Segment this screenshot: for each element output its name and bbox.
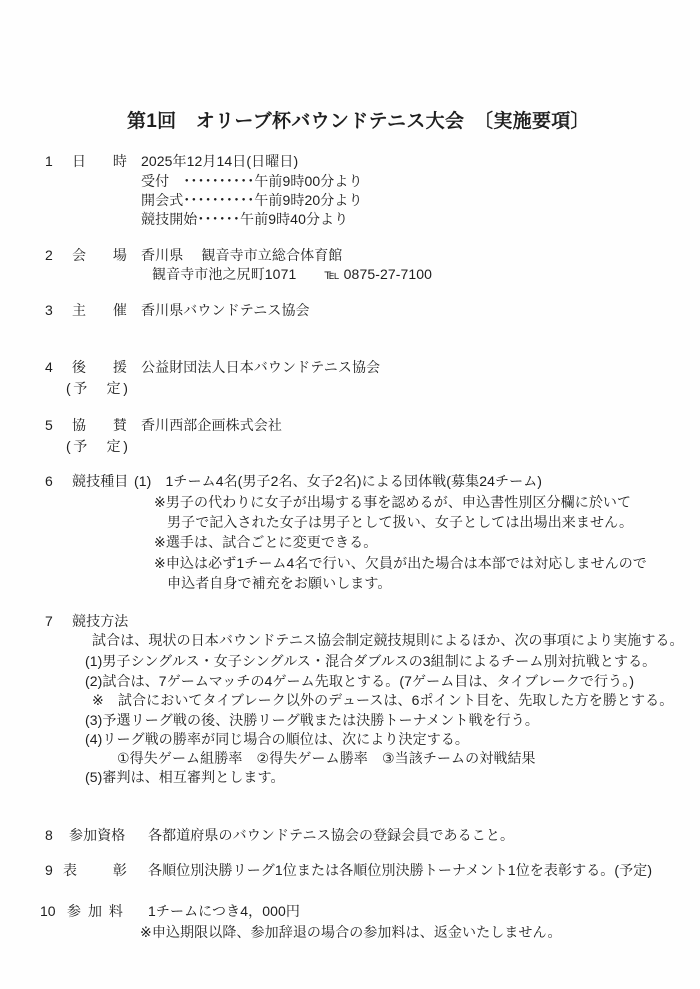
item-line: 男子で記入された女子は男子として扱い、女子としては出場出来ません。 — [167, 515, 633, 530]
item-label: 参加資格 — [69, 828, 125, 843]
document-title: 第1回 オリーブ杯バウンドテニス大会 〔実施要項〕 — [127, 111, 590, 133]
item-line: (3)予選リーグ戦の後、決勝リーグ戦または決勝トーナメント戦を行う。 — [85, 713, 539, 728]
document-page: 第1回 オリーブ杯バウンドテニス大会 〔実施要項〕 1 日 時 2025年12月… — [0, 0, 700, 989]
item-label: 競技種目 — [72, 474, 128, 489]
item-line: 1チームにつき4，000円 — [148, 904, 300, 919]
item-line: ※男子の代わりに女子が出場する事を認めるが、申込書性別区分欄に於いて — [154, 495, 631, 510]
item-line: 受付 ･･････････午前9時00分より — [141, 174, 363, 189]
item-line: 香川県バウンドテニス協会 — [141, 303, 310, 318]
item-label: 日 時 — [72, 154, 127, 169]
item-number: 8 — [45, 828, 53, 843]
item-line: ①得失ゲーム組勝率 ②得失ゲーム勝率 ③当該チームの対戦結果 — [117, 751, 536, 766]
item-label: 会 場 — [72, 248, 127, 263]
item-line: 申込者自身で補充をお願いします。 — [167, 576, 391, 591]
item-label: 表 彰 — [63, 863, 127, 878]
item-label: 後 援 — [72, 360, 127, 375]
item-number: 5 — [45, 418, 53, 433]
item-number: 3 — [45, 303, 53, 318]
item-label: 参 加 料 — [67, 904, 123, 919]
item-line: 競技開始･･････午前9時40分より — [141, 212, 348, 227]
item-line: (5)審判は、相互審判とします。 — [85, 770, 285, 785]
item-label: 競技方法 — [72, 614, 128, 629]
item-line: 香川県 観音寺市立総合体育館 — [141, 248, 342, 263]
item-number: 7 — [45, 614, 53, 629]
item-label-note: (予 定) — [66, 439, 128, 454]
item-line: 各順位別決勝リーグ1位または各順位別決勝トーナメント1位を表彰する。(予定) — [148, 863, 652, 878]
item-label: 主 催 — [72, 303, 127, 318]
item-line: 試合は、現状の日本バウンドテニス協会制定競技規則によるほか、次の事項により実施す… — [92, 633, 684, 648]
item-label-note: (予 定) — [66, 381, 128, 396]
item-number: 9 — [45, 863, 53, 878]
item-line: 公益財団法人日本バウンドテニス協会 — [141, 360, 380, 375]
item-line: ※選手は、試合ごとに変更できる。 — [154, 535, 377, 550]
item-number: 10 — [40, 904, 56, 919]
item-line: 香川西部企画株式会社 — [141, 418, 282, 433]
item-line: (1)男子シングルス・女子シングルス・混合ダブルスの3組制によるチーム別対抗戦と… — [85, 654, 656, 669]
item-line: (4)リーグ戦の勝率が同じ場合の順位は、次により決定する。 — [85, 732, 469, 747]
item-number: 1 — [45, 154, 53, 169]
item-label: 協 賛 — [72, 418, 127, 433]
item-line: 観音寺市池之尻町1071 ℡ 0875-27-7100 — [152, 267, 432, 282]
item-line: ※申込期限以降、参加辞退の場合の参加料は、返金いたしません。 — [140, 925, 562, 940]
item-line: (1) 1チーム4名(男子2名、女子2名)による団体戦(募集24チーム) — [134, 474, 542, 489]
item-line: 2025年12月14日(日曜日) — [141, 154, 298, 169]
item-line: 開会式･･････････午前9時20分より — [141, 193, 363, 208]
item-line: ※申込は必ず1チーム4名で行い、欠員が出た場合は本部では対応しませんので — [154, 556, 647, 571]
item-line: 各都道府県のバウンドテニス協会の登録会員であること。 — [148, 828, 514, 843]
item-number: 4 — [45, 360, 53, 375]
item-line: ※ 試合においてタイブレーク以外のデュースは、6ポイント目を、先取した方を勝とす… — [92, 693, 673, 708]
item-line: (2)試合は、7ゲームマッチの4ゲーム先取とする。(7ゲーム目は、タイブレークで… — [85, 674, 634, 689]
item-number: 2 — [45, 248, 53, 263]
item-number: 6 — [45, 474, 53, 489]
